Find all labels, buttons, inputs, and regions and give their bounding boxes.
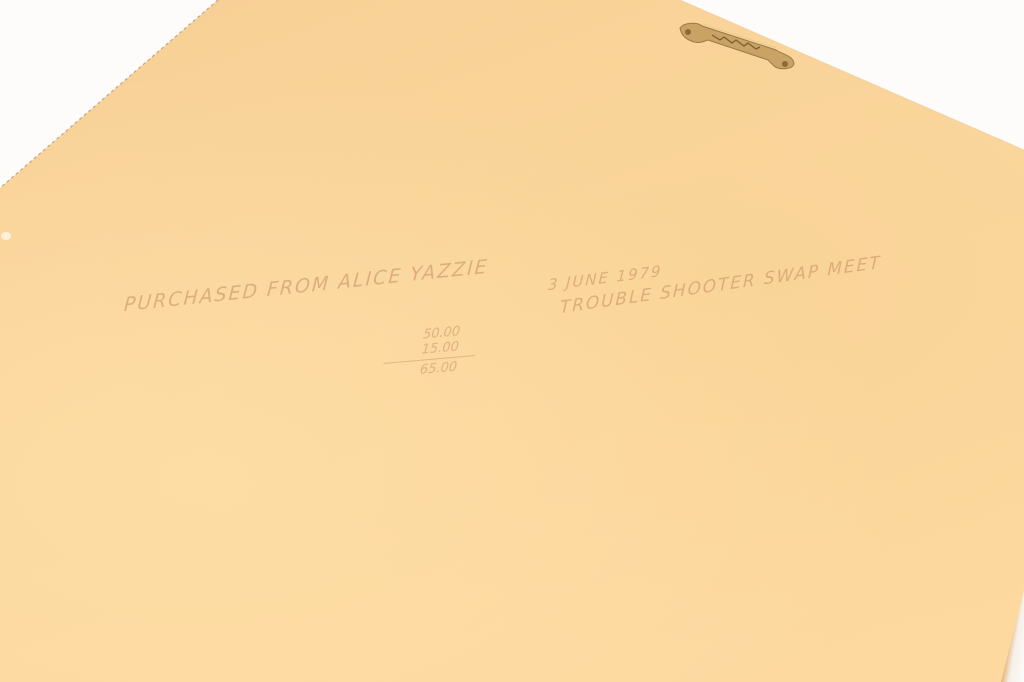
kraft-backing-board [0,0,1024,682]
handwritten-price-sum: 50.00 15.00 65.00 [388,321,492,380]
photo-scene: PURCHASED FROM ALICE YAZZIE 3 JUNE 1979 … [0,0,1024,682]
sawtooth-hanger-icon [672,10,802,80]
